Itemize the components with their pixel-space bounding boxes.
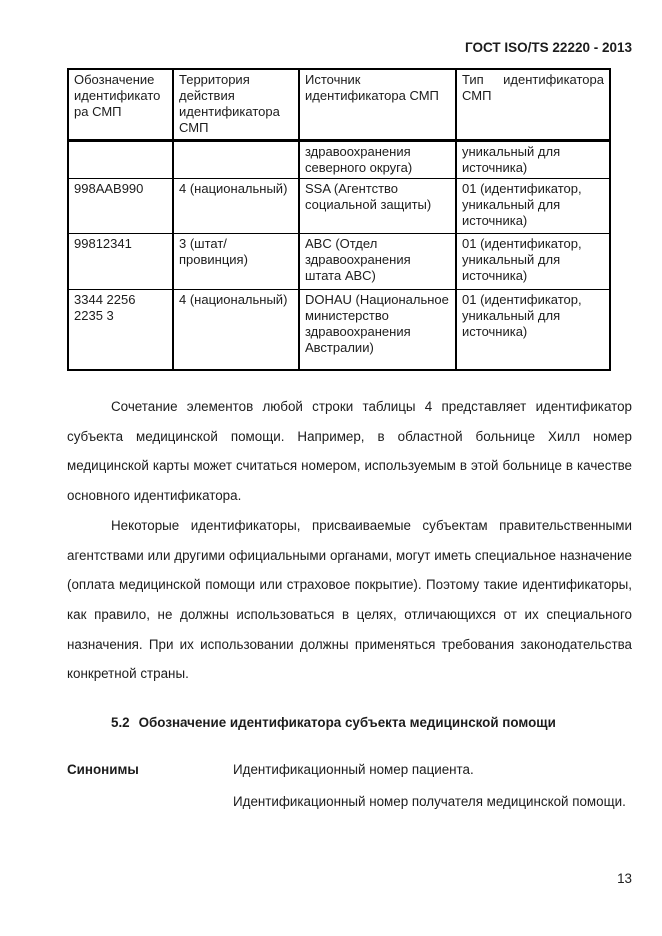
table-cell: 01 (идентификатор, уникальный для источн…	[456, 289, 610, 370]
table-head: Обозначение идентификато ра СМП Территор…	[68, 69, 610, 140]
synonym-item: Идентификационный номер пациента.	[233, 754, 632, 787]
synonyms-list: Идентификационный номер пациента. Иденти…	[233, 754, 632, 819]
paragraph-special-purpose: Некоторые идентификаторы, присваиваемые …	[67, 511, 632, 689]
table-row: 998AAB990 4 (национальный) SSA (Агентств…	[68, 178, 610, 233]
section-number: 5.2	[111, 715, 130, 730]
table-cell: 3 (штат/провинция)	[173, 233, 299, 289]
header-cell-source: Источник идентификатора СМП	[299, 69, 456, 140]
table-cell: уникальный для источника)	[456, 140, 610, 178]
document-header: ГОСТ ISO/TS 22220 - 2013	[67, 40, 632, 55]
table-cell	[68, 140, 173, 178]
table-row: 3344 2256 2235 3 4 (национальный) DOHAU …	[68, 289, 610, 370]
synonym-item: Идентификационный номер получателя медиц…	[233, 786, 632, 819]
section-heading: 5.2Обозначение идентификатора субъекта м…	[67, 708, 632, 738]
table-cell: 01 (идентификатор, уникальный для источн…	[456, 178, 610, 233]
section-title: Обозначение идентификатора субъекта меди…	[139, 715, 556, 730]
table-cell: 4 (национальный)	[173, 178, 299, 233]
synonyms-label: Синонимы	[67, 754, 233, 819]
table-cell	[173, 140, 299, 178]
synonyms-block: Синонимы Идентификационный номер пациент…	[67, 754, 632, 819]
table-cell: 3344 2256 2235 3	[68, 289, 173, 370]
header-cell-designation: Обозначение идентификато ра СМП	[68, 69, 173, 140]
header-cell-territory: Территория действия идентификатора СМП	[173, 69, 299, 140]
table-cell: SSA (Агентство социальной защиты)	[299, 178, 456, 233]
table-cell: ABC (Отдел здравоохранения штата ABC)	[299, 233, 456, 289]
header-cell-type: Тип идентификатора СМП	[456, 69, 610, 140]
identifier-table: Обозначение идентификато ра СМП Территор…	[67, 68, 611, 371]
paragraph-combination: Сочетание элементов любой строки таблицы…	[67, 392, 632, 511]
table-header-row: Обозначение идентификато ра СМП Территор…	[68, 69, 610, 140]
table-cell: 998AAB990	[68, 178, 173, 233]
table-cell: 4 (национальный)	[173, 289, 299, 370]
table-row: здравоохранения северного округа) уникал…	[68, 140, 610, 178]
table-cell: 99812341	[68, 233, 173, 289]
table-cell: 01 (идентификатор, уникальный для источн…	[456, 233, 610, 289]
table-cell: здравоохранения северного округа)	[299, 140, 456, 178]
table-body: здравоохранения северного округа) уникал…	[68, 140, 610, 370]
table-cell: DOHAU (Национальное министерство здравоо…	[299, 289, 456, 370]
table-row: 99812341 3 (штат/провинция) ABC (Отдел з…	[68, 233, 610, 289]
page-number: 13	[617, 871, 632, 886]
document-page: ГОСТ ISO/TS 22220 - 2013 Обозначение иде…	[0, 0, 662, 936]
